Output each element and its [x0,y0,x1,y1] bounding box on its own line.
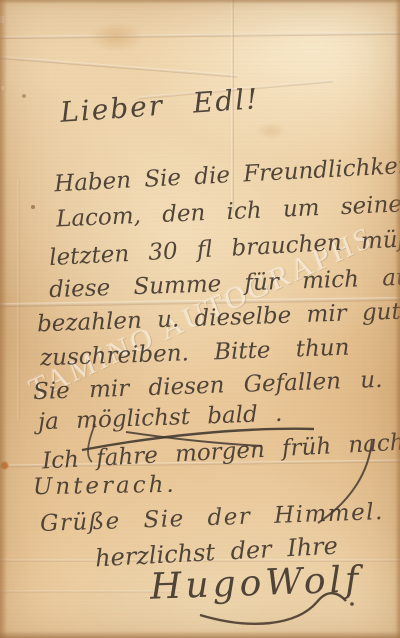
handwriting-line: letzten 30 fl brauchen müßte [49,227,400,270]
handwriting-line: Unterach. [33,474,177,500]
paper-stain [0,461,9,470]
paper-stain [31,205,35,209]
handwriting-line: diese Summe für mich auszu- [49,265,400,302]
paper-edge-left [0,0,7,638]
paper-edge-nick [1,86,4,90]
paper-crease [0,56,237,78]
handwriting-line: Haben Sie die Freundlichkeit [54,155,400,197]
handwriting-line: Sie mir diesen Gefallen u. [33,369,383,404]
paper-crease [17,180,20,420]
handwriting-line: ja möglichst bald . [38,403,283,435]
paper-stain [88,22,144,52]
handwriting-line: bezahlen u. dieselbe mir gut [37,301,400,337]
paper-edge-nick [0,16,4,23]
paper-stain [256,122,286,140]
signature: HugoWolf [149,562,363,605]
autograph-letter-photo: TAMINO AUTOGRAPHS Lieber Edl! Haben Sie … [0,0,400,638]
handwriting-line: zuschreiben. Bitte thun [40,337,350,371]
letter-salutation: Lieber Edl! [59,85,260,127]
handwriting-line: Lacom, den ich um seine [56,193,400,231]
handwriting-line: Grüße Sie der Himmel. [40,501,385,536]
paper-edge-bottom [0,631,400,638]
paper-stain [22,94,26,98]
paper-edge-top [0,0,400,4]
signature-dot [350,602,354,606]
paper-crease [0,32,400,39]
handwriting-line: Ich fahre morgen früh nach [42,432,400,474]
